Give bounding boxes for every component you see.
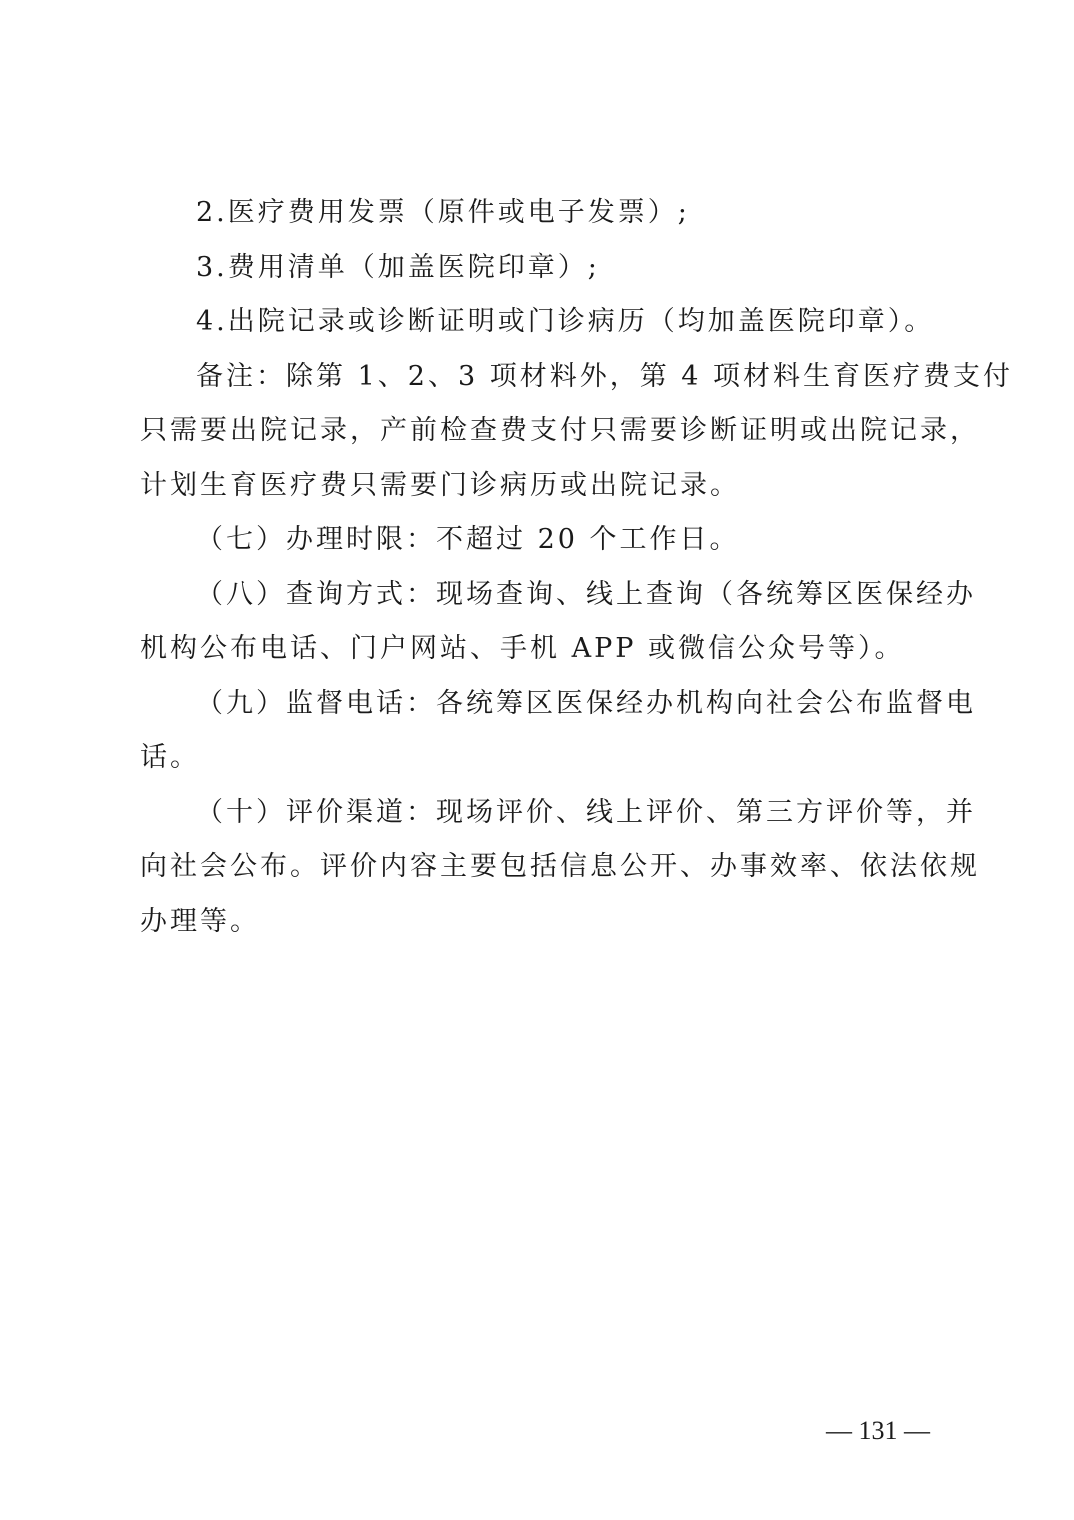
section-evaluation-line-3: 办理等。 — [140, 895, 938, 950]
list-item-invoice: 2.医疗费用发票（原件或电子发票）; — [140, 186, 938, 241]
section-processing-time: （七）办理时限：不超过 20 个工作日。 — [140, 513, 938, 568]
list-item-expense-list: 3.费用清单（加盖医院印章）; — [140, 241, 938, 296]
note-line-2: 只需要出院记录，产前检查费支付只需要诊断证明或出院记录， — [140, 404, 938, 459]
section-evaluation-line-2: 向社会公布。评价内容主要包括信息公开、办事效率、依法依规 — [140, 840, 938, 895]
section-evaluation-line-1: （十）评价渠道：现场评价、线上评价、第三方评价等，并 — [140, 786, 938, 841]
section-query-method-line-2: 机构公布电话、门户网站、手机 APP 或微信公众号等）。 — [140, 622, 938, 677]
note-line-3: 计划生育医疗费只需要门诊病历或出院记录。 — [140, 459, 938, 514]
section-supervision-phone-line-2: 话。 — [140, 731, 938, 786]
note-line-1: 备注：除第 1、2、3 项材料外，第 4 项材料生育医疗费支付 — [140, 350, 938, 405]
list-item-discharge-record: 4.出院记录或诊断证明或门诊病历（均加盖医院印章）。 — [140, 295, 938, 350]
page-number: — 131 — — [826, 1416, 930, 1446]
section-supervision-phone-line-1: （九）监督电话：各统筹区医保经办机构向社会公布监督电 — [140, 677, 938, 732]
document-body: 2.医疗费用发票（原件或电子发票）; 3.费用清单（加盖医院印章）; 4.出院记… — [140, 186, 938, 949]
section-query-method-line-1: （八）查询方式：现场查询、线上查询（各统筹区医保经办 — [140, 568, 938, 623]
